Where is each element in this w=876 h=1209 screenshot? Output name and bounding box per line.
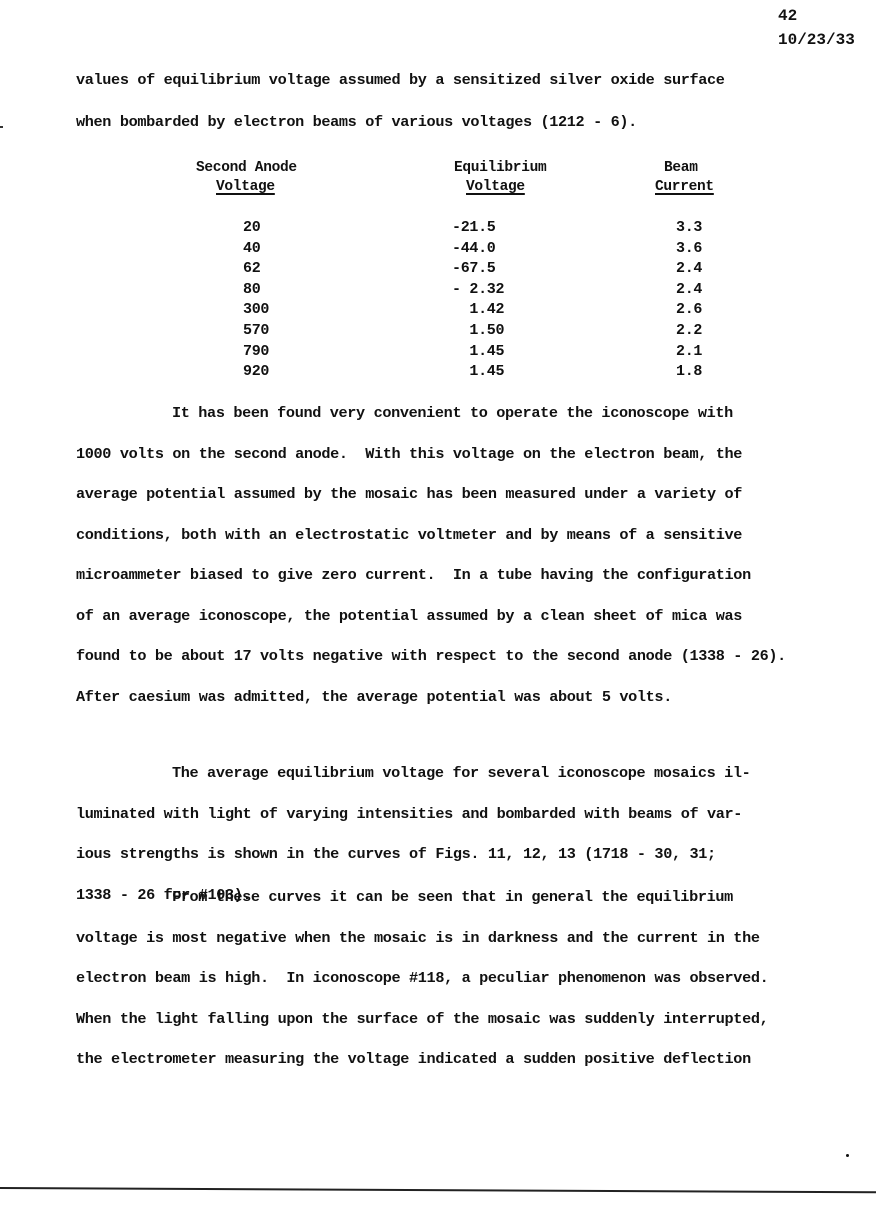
paragraph-line: the electrometer measuring the voltage i… (76, 1049, 751, 1069)
table-cell: 2.6 (676, 300, 702, 320)
paragraph-line: microammeter biased to give zero current… (76, 565, 751, 585)
paragraph-line: voltage is most negative when the mosaic… (76, 928, 760, 948)
column-header-line1: Equilibrium (454, 158, 546, 178)
paragraph-line: of an average iconoscope, the potential … (76, 606, 742, 626)
table-cell: 20 (243, 218, 260, 238)
paragraph-line: average potential assumed by the mosaic … (76, 484, 742, 504)
table-cell: -44.0 (452, 239, 496, 259)
table-cell: -67.5 (452, 259, 496, 279)
paragraph-line: ious strengths is shown in the curves of… (76, 844, 716, 864)
table-cell: 3.3 (676, 218, 702, 238)
table-cell: 1.45 (452, 342, 504, 362)
page-date: 10/23/33 (778, 30, 855, 50)
paragraph-line: electron beam is high. In iconoscope #11… (76, 968, 768, 988)
page-number: 42 (778, 6, 797, 26)
table-cell: 2.4 (676, 259, 702, 279)
paragraph-line: The average equilibrium voltage for seve… (172, 763, 750, 783)
paragraph-line: 1000 volts on the second anode. With thi… (76, 444, 742, 464)
table-cell: 920 (243, 362, 269, 382)
table-cell: - 2.32 (452, 280, 504, 300)
paragraph-line: conditions, both with an electrostatic v… (76, 525, 742, 545)
table-cell: 1.42 (452, 300, 504, 320)
table-cell: 80 (243, 280, 260, 300)
intro-line: values of equilibrium voltage assumed by… (76, 70, 725, 90)
paragraph-line: After caesium was admitted, the average … (76, 687, 672, 707)
table-cell: 2.1 (676, 342, 702, 362)
column-header-line1: Beam (664, 158, 698, 178)
intro-line: when bombarded by electron beams of vari… (76, 112, 637, 132)
table-cell: -21.5 (452, 218, 496, 238)
column-header-line2: Voltage (196, 177, 295, 197)
paragraph-line: From these curves it can be seen that in… (172, 887, 733, 907)
paragraph-line: It has been found very convenient to ope… (172, 403, 733, 423)
paragraph-line: When the light falling upon the surface … (76, 1009, 768, 1029)
table-cell: 3.6 (676, 239, 702, 259)
table-cell: 300 (243, 300, 269, 320)
table-cell: 1.8 (676, 362, 702, 382)
table-cell: 62 (243, 259, 260, 279)
table-cell: 40 (243, 239, 260, 259)
column-header-line2: Current (655, 177, 714, 197)
page-bottom-edge (0, 1187, 876, 1193)
paper-speck (846, 1154, 849, 1157)
table-cell: 1.45 (452, 362, 504, 382)
margin-mark (0, 126, 3, 128)
table-cell: 2.4 (676, 280, 702, 300)
paragraph-line: luminated with light of varying intensit… (76, 804, 742, 824)
column-header-line1: Second Anode (196, 158, 297, 178)
table-cell: 790 (243, 342, 269, 362)
table-cell: 1.50 (452, 321, 504, 341)
paragraph-line: found to be about 17 volts negative with… (76, 646, 786, 666)
column-header-line2: Voltage (454, 177, 541, 197)
table-cell: 2.2 (676, 321, 702, 341)
table-cell: 570 (243, 321, 269, 341)
